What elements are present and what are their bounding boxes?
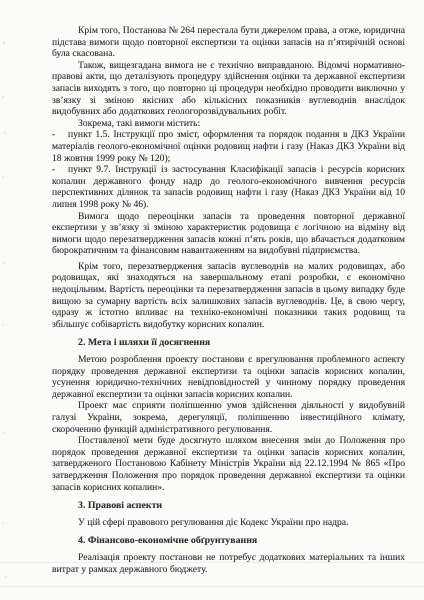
section-heading-financial: 4. Фінансово-економічне обґрунтування bbox=[52, 535, 405, 547]
document-content: Крім того, Постанова № 264 перестала бут… bbox=[52, 25, 405, 575]
paragraph: Зокрема, такі вимоги містить: bbox=[52, 118, 405, 130]
paragraph: Крім того, Постанова № 264 перестала бут… bbox=[52, 25, 405, 60]
paragraph: Також, вищезгадана вимога не є технічно … bbox=[52, 60, 405, 118]
scan-artifacts bbox=[0, 0, 2, 2]
scan-streak bbox=[0, 586, 424, 587]
paragraph: Проект має сприяти поліпшенню умов здійс… bbox=[52, 400, 405, 435]
document-page: Крім того, Постанова № 264 перестала бут… bbox=[0, 0, 424, 600]
list-item-text: пункт 9.7. Інструкції із застосування Кл… bbox=[52, 164, 405, 210]
list-marker: - bbox=[52, 129, 68, 141]
list-item: -пункт 9.7. Інструкції із застосування К… bbox=[52, 164, 405, 210]
list-marker: - bbox=[52, 164, 68, 176]
paragraph: У цій сфері правового регулювання діє Ко… bbox=[52, 517, 405, 529]
paragraph: Поставленої мети буде досягнуто шляхом в… bbox=[52, 435, 405, 493]
list-item-text: пункт 1.5. Інструкції про зміст, оформле… bbox=[52, 129, 405, 163]
list-item: -пункт 1.5. Інструкції про зміст, оформл… bbox=[52, 129, 405, 164]
section-heading-goal: 2. Мета і шляхи її досягнення bbox=[52, 337, 405, 349]
paragraph: Вимога щодо переоцінки запасів та провед… bbox=[52, 211, 405, 257]
paragraph: Метою розроблення проекту постанови є вр… bbox=[52, 354, 405, 400]
paragraph: Реалізація проекту постанови не потребує… bbox=[52, 552, 405, 575]
section-heading-legal: 3. Правові аспекти bbox=[52, 500, 405, 512]
paragraph: Крім того, перезатвердження запасів вугл… bbox=[52, 261, 405, 331]
